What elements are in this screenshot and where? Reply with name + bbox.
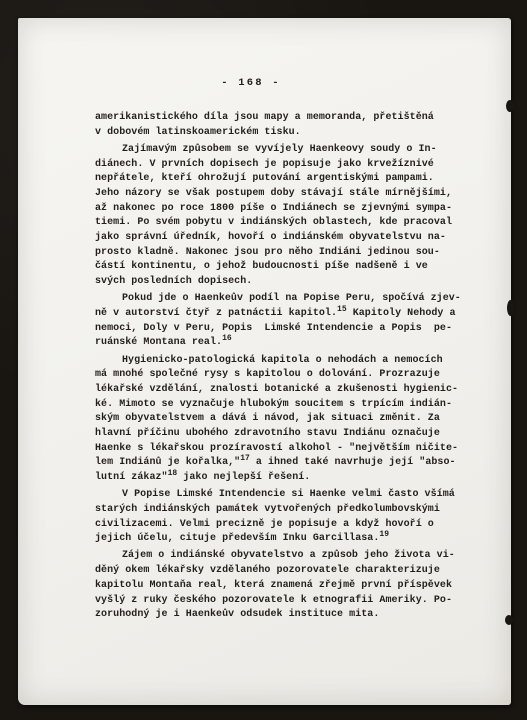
text-line: Jeho názory se však postupem doby stávaj… (95, 187, 467, 202)
paragraph: Hygienicko-patologická kapitola o nehodá… (95, 354, 467, 486)
text-line: ké. Mimoto se vyznačuje hlubokým soucite… (95, 398, 467, 413)
paragraph: amerikanistického díla jsou mapy a memor… (95, 111, 467, 140)
paragraph: Zajímavým způsobem se vyvíjely Haenkeovy… (95, 143, 467, 290)
text-line: Zajímavým způsobem se vyvíjely Haenkeovy… (95, 143, 467, 158)
footnote-reference: 18 (168, 469, 178, 478)
text-line: Zájem o indiánské obyvatelstvo a způsob … (95, 549, 467, 564)
text-line: civilizacemi. Velmi precizně je popisuje… (95, 518, 467, 533)
text-line: má mnohé společné rysy s kapitolou o dol… (95, 368, 467, 383)
text-line: amerikanistického díla jsou mapy a memor… (95, 111, 467, 126)
scan-background: - 168 - amerikanistického díla jsou mapy… (0, 0, 527, 720)
page-number: - 168 - (18, 77, 484, 89)
text-line: tiemi. Po svém pobytu v indiánských obla… (95, 216, 467, 231)
footnote-reference: 19 (379, 530, 389, 539)
text-line: Haenke s lékařskou prozíravostí alkohol … (95, 442, 467, 457)
text-line: Pokud jde o Haenkeův podíl na Popise Per… (95, 292, 467, 307)
footnote-reference: 15 (337, 305, 347, 314)
text-line: až nakonec po roce 1800 píše o Indiánech… (95, 202, 467, 217)
text-line: zoruhodný je i Haenkeův odsudek instituc… (95, 608, 467, 623)
text-line: Hygienicko-patologická kapitola o nehodá… (95, 354, 467, 369)
text-line: lem Indiánů je kořalka,"17 a ihned také … (95, 456, 467, 471)
text-line: jejich účelu, cituje především Inku Garc… (95, 532, 467, 547)
text-line: diánech. V prvních dopisech je popisuje … (95, 158, 467, 173)
text-line: nemoci, Doly v Peru, Popis Limské Intend… (95, 322, 467, 337)
text-line: kapitolu Montaňa real, která znamená zře… (95, 579, 467, 594)
text-line: částí kontinentu, o jehož budoucnosti pí… (95, 260, 467, 275)
text-line: lutní zákaz"18 jako nejlepší řešení. (95, 471, 467, 486)
text-line: prosto kladně. Nakonec jsou pro něho Ind… (95, 246, 467, 261)
text-line: ským obyvatelstvem a dává i návod, jak s… (95, 412, 467, 427)
footnote-reference: 16 (222, 334, 232, 343)
document-page: - 168 - amerikanistického díla jsou mapy… (18, 18, 511, 705)
text-line: nepřátele, kteří ohrožují putování argen… (95, 172, 467, 187)
text-line: ně v autorství čtyř z patnáctii kapitol.… (95, 307, 467, 322)
paper-edge-notch (505, 615, 513, 625)
typewritten-text-block: amerikanistického díla jsou mapy a memor… (95, 111, 467, 623)
paragraph: V Popise Limské Intendencie si Haenke ve… (95, 488, 467, 547)
text-line: hlavní příčinu ubohého zdravotního stavu… (95, 427, 467, 442)
paper-edge-notch (506, 100, 514, 112)
paragraph: Zájem o indiánské obyvatelstvo a způsob … (95, 549, 467, 622)
text-line: v dobovém latinskoamerickém tisku. (95, 126, 467, 141)
text-line: děný okem lékařsky vzdělaného pozorovate… (95, 564, 467, 579)
text-line: vyšlý z ruky českého pozorovatele k etno… (95, 594, 467, 609)
text-line: jako správní úředník, hovoří o indiánské… (95, 231, 467, 246)
footnote-reference: 17 (240, 454, 250, 463)
text-line: V Popise Limské Intendencie si Haenke ve… (95, 488, 467, 503)
text-line: lékařské vzdělání, znalosti botanické a … (95, 383, 467, 398)
paper-edge-notch (507, 300, 514, 316)
text-line: svých posledních dopisech. (95, 275, 467, 290)
paragraph: Pokud jde o Haenkeův podíl na Popise Per… (95, 292, 467, 351)
text-line: ruánské Montana real.16 (95, 336, 467, 351)
text-line: starých indiánských památek vytvořených … (95, 503, 467, 518)
